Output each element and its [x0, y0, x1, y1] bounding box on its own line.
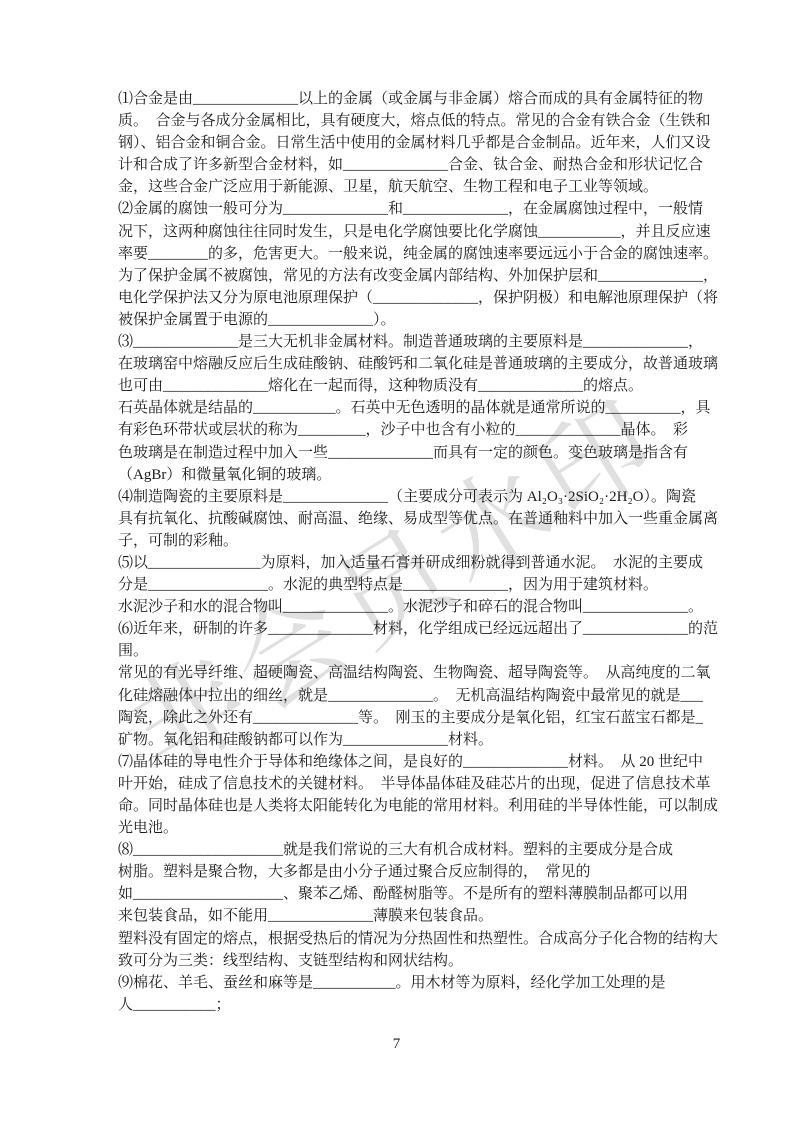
text-line-19: ⑷制造陶瓷的主要原料是______________（主要成分可表示为 Al₂O₃… [118, 486, 680, 508]
text-line-27: 常见的有光导纤维、超硬陶瓷、高温结构陶瓷、生物陶瓷、超导陶瓷等。 从高纯度的二氧 [118, 662, 680, 684]
text-line-2: 质。 合金与各成分金属相比，具有硬度大，熔点低的特点。常见的合金有铁合金（生铁和 [118, 110, 680, 132]
text-line-6: ⑵金属的腐蚀一般可分为______________和______________… [118, 198, 680, 220]
text-line-20: 具有抗氧化、抗酸碱腐蚀、耐高温、绝缘、易成型等优点。在普通釉料中加入一些重金属离 [118, 508, 680, 530]
text-line-15: 石英晶体就是结晶的___________。石英中无色透明的晶体就是通常所说的__… [118, 397, 680, 419]
text-line-16: 有彩色环带状或层状的称为_________，沙子中也含有小粒的_________… [118, 419, 680, 441]
text-line-41: ⑼棉花、羊毛、蚕丝和麻等是___________。用木材等为原料，经化学加工处理… [118, 972, 680, 994]
text-line-23: 分是________________。水泥的典型特点是_____________… [118, 574, 680, 596]
text-line-36: 树脂。塑料是聚合物，大多都是由小分子通过聚合反应制得的， 常见的 [118, 861, 680, 883]
text-line-12: ⑶______________是三大无机非金属材料。制造普通玻璃的主要原料是__… [118, 331, 680, 353]
text-line-31: ⑺晶体硅的导电性介于导体和绝缘体之间，是良好的______________材料。… [118, 751, 680, 773]
text-line-10: 电化学保护法又分为原电池原理保护（______________，保护阴极）和电解… [118, 287, 680, 309]
text-line-21: 子，可制的彩釉。 [118, 530, 680, 552]
text-line-5: 金，这些合金广泛应用于新能源、卫星，航天航空、生物工程和电子工业等领域。 [118, 176, 680, 198]
text-line-39: 塑料没有固定的熔点，根据受热后的情况为分热固性和热塑性。合成高分子化合物的结构大 [118, 928, 680, 950]
text-line-11: 被保护金属置于电源的______________）。 [118, 309, 680, 331]
text-line-7: 况下，这两种腐蚀往往同时发生，只是电化学腐蚀要比化学腐蚀___________，… [118, 221, 680, 243]
text-line-30: 矿物。氧化铝和硅酸钠都可以作为______________材料。 [118, 729, 680, 751]
text-line-25: ⑹近年来，研制的许多______________材料，化学组成已经远远超出了__… [118, 618, 680, 640]
text-line-26: 围。 [118, 640, 680, 662]
text-line-37: 如____________________、聚苯乙烯、酚醛树脂等。不是所有的塑料… [118, 883, 680, 905]
text-line-17: 色玻璃是在制造过程中加入一些______________而具有一定的颜色。变色玻… [118, 442, 680, 464]
text-line-9: 为了保护金属不被腐蚀，常见的方法有改变金属内部结构、外加保护层和________… [118, 265, 680, 287]
text-line-13: 在玻璃窑中熔融反应后生成硅酸钠、硅酸钙和二氧化硅是普通玻璃的主要成分，故普通玻璃 [118, 353, 680, 375]
text-line-29: 陶瓷，除此之外还有______________等。 刚玉的主要成分是氧化铝，红宝… [118, 707, 680, 729]
text-line-24: 水泥沙子和水的混合物叫______________。水泥沙子和碎石的混合物叫__… [118, 596, 680, 618]
text-line-42: 人___________； [118, 994, 680, 1016]
page-number: 7 [0, 1036, 793, 1053]
text-line-40: 致可分为三类：线型结构、支链型结构和网状结构。 [118, 950, 680, 972]
text-line-35: ⑻____________________就是我们常说的三大有机合成材料。塑料的… [118, 839, 680, 861]
text-line-34: 光电池。 [118, 817, 680, 839]
text-line-3: 钢）、铝合金和铜合金。日常生活中使用的金属材料几乎都是合金制品。近年来，人们又设 [118, 132, 680, 154]
text-line-18: （AgBr）和微量氧化铜的玻璃。 [118, 464, 680, 486]
text-line-4: 计和合成了许多新型合金材料，如______________合金、钛合金、耐热合金… [118, 154, 680, 176]
text-line-8: 率要________的多，危害更大。一般来说，纯金属的腐蚀速率要远远小于合金的腐… [118, 243, 680, 265]
text-line-28: 化硅熔融体中拉出的细丝，就是______________。 无机高温结构陶瓷中最… [118, 685, 680, 707]
text-line-22: ⑸以_______________为原料，加入适量石膏并研成细粉就得到普通水泥。… [118, 552, 680, 574]
text-line-33: 命。同时晶体硅也是人类将太阳能转化为电能的常用材料。利用硅的半导体性能，可以制成 [118, 795, 680, 817]
document-body: ⑴合金是由______________以上的金属（或金属与非金属）熔合而成的具有… [118, 88, 680, 1016]
text-line-14: 也可由______________熔化在一起而得，这种物质没有_________… [118, 375, 680, 397]
text-line-38: 来包装食品，如不能用______________薄膜来包装食品。 [118, 905, 680, 927]
text-line-32: 叶开始，硅成了信息技术的关键材料。 半导体晶体硅及硅芯片的出现，促进了信息技术革 [118, 773, 680, 795]
text-line-1: ⑴合金是由______________以上的金属（或金属与非金属）熔合而成的具有… [118, 88, 680, 110]
